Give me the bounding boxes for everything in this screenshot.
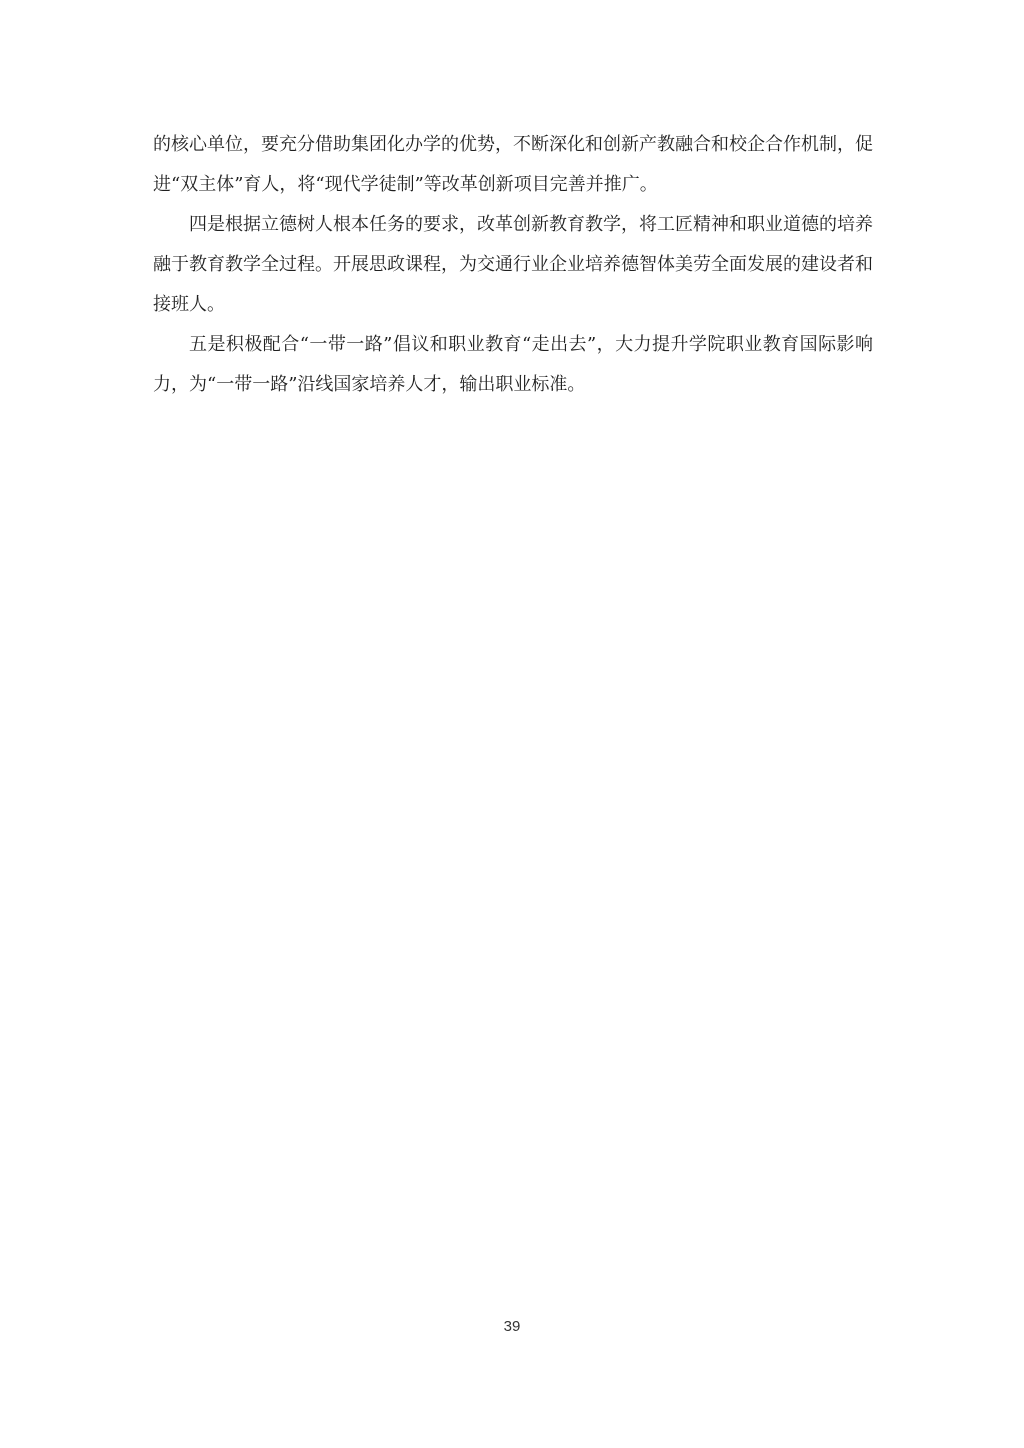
document-page: 的核心单位，要充分借助集团化办学的优势，不断深化和创新产教融合和校企合作机制，促… <box>0 0 1024 1448</box>
page-body-text: 的核心单位，要充分借助集团化办学的优势，不断深化和创新产教融合和校企合作机制，促… <box>153 125 873 405</box>
page-number: 39 <box>0 1316 1024 1338</box>
paragraph-continuation: 的核心单位，要充分借助集团化办学的优势，不断深化和创新产教融合和校企合作机制，促… <box>153 125 873 205</box>
paragraph-item-four: 四是根据立德树人根本任务的要求，改革创新教育教学，将工匠精神和职业道德的培养融于… <box>153 205 873 325</box>
paragraph-item-five: 五是积极配合“一带一路”倡议和职业教育“走出去”，大力提升学院职业教育国际影响力… <box>153 325 873 405</box>
